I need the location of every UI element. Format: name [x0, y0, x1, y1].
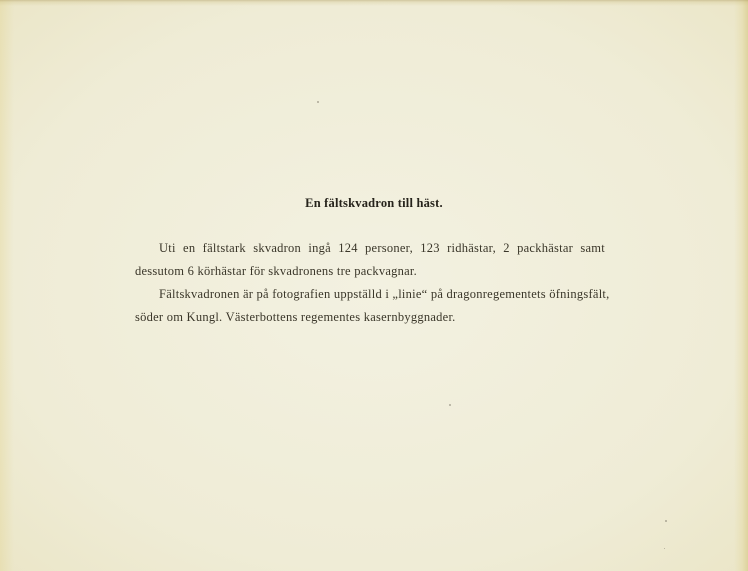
- paragraph-line: Uti en fältstark skvadron ingå 124 perso…: [135, 237, 605, 260]
- scanned-page: En fältskvadron till häst. Uti en fältst…: [0, 0, 748, 571]
- paper-speck: [317, 101, 319, 103]
- paper-speck: [664, 548, 665, 549]
- paper-speck: [665, 520, 667, 522]
- paragraph-line: söder om Kungl. Västerbottens regementes…: [135, 306, 605, 329]
- paper-speck: [449, 404, 451, 406]
- page-title: En fältskvadron till häst.: [0, 196, 748, 211]
- paragraph-line: dessutom 6 körhästar för skvadronens tre…: [135, 260, 605, 283]
- paragraph-1: Uti en fältstark skvadron ingå 124 perso…: [135, 237, 605, 283]
- paragraph-2: Fältskvadronen är på fotografien uppstäl…: [135, 283, 605, 329]
- paragraph-line: Fältskvadronen är på fotografien uppstäl…: [135, 283, 605, 306]
